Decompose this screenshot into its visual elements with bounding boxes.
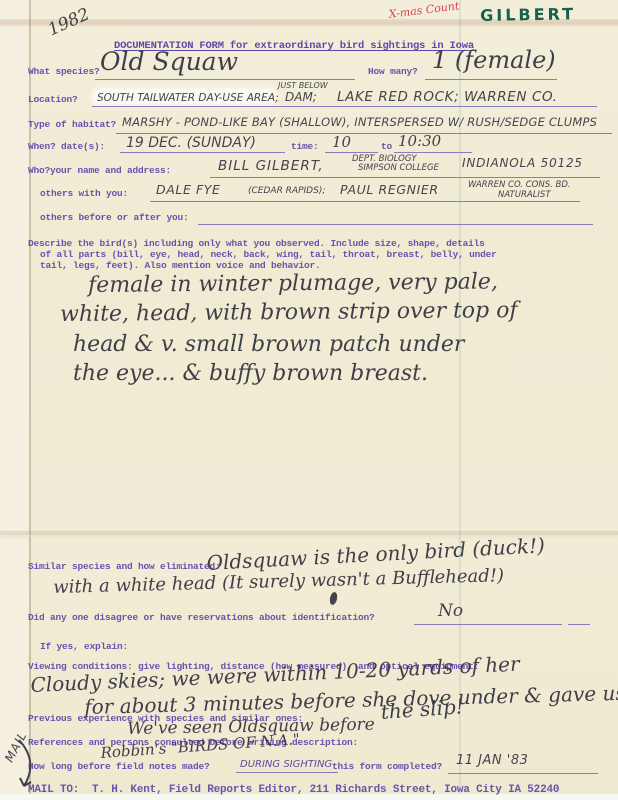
- others-with-person2: PAUL REGNIER: [340, 182, 439, 197]
- time-from-underline: [325, 152, 378, 153]
- time-label: time:: [291, 141, 319, 152]
- others-with-person2-note1: WARREN CO. CONS. BD.: [468, 180, 571, 190]
- form-completed-label: this form completed?: [332, 761, 442, 772]
- others-with-label: others with you:: [40, 188, 128, 199]
- disagree-answer: No: [438, 601, 463, 621]
- time-to-underline: [394, 152, 472, 153]
- date-underline: [120, 152, 285, 153]
- others-with-underline: [150, 201, 580, 202]
- time-from-value: 10: [332, 133, 351, 151]
- species-value: Old Squaw: [100, 47, 238, 76]
- scanned-form-page: 1982 X-mas Count GILBERT DOCUMENTATION F…: [0, 0, 618, 800]
- species-label: What species?: [28, 66, 100, 77]
- observer-label: Who?your name and address:: [28, 165, 171, 176]
- describe-prompt-line2: of all parts (bill, eye, head, neck, bac…: [40, 249, 497, 260]
- form-completed-answer: 11 JAN '83: [456, 753, 528, 768]
- location-value-dam: DAM;: [285, 90, 317, 104]
- disagree-underline-dash: [568, 624, 590, 625]
- description-line2: white, head, with brown strip over top o…: [60, 298, 518, 327]
- form-completed-underline: [448, 773, 598, 774]
- disagree-underline: [414, 624, 562, 625]
- viewing-answer-line3: the slip!: [380, 694, 464, 724]
- location-label: Location?: [28, 94, 78, 105]
- location-insert-above: JUST BELOW: [278, 81, 328, 90]
- others-with-person1-note: (CEDAR RAPIDS);: [248, 186, 325, 196]
- notes-made-label: How long before field notes made?: [28, 761, 210, 772]
- if-yes-label: If yes, explain:: [40, 641, 128, 652]
- observer-underline: [210, 177, 600, 178]
- date-value: 19 DEC. (SUNDAY): [126, 135, 256, 151]
- location-value: SOUTH TAILWATER DAY-USE AREA;: [97, 92, 279, 104]
- time-to-value: 10:30: [398, 132, 441, 150]
- how-many-underline: [425, 79, 557, 80]
- species-underline: [95, 79, 355, 80]
- description-line1: female in winter plumage, very pale,: [88, 269, 498, 298]
- describe-prompt-line1: Describe the bird(s) including only what…: [28, 238, 485, 249]
- how-many-value: 1 (female): [432, 46, 556, 74]
- xmas-count-note: X-mas Count: [388, 0, 460, 21]
- others-with-person2-note2: NATURALIST: [498, 190, 551, 200]
- ink-smudge: [329, 591, 339, 605]
- habitat-value: MARSHY - POND-LIKE BAY (SHALLOW), INTERS…: [122, 115, 597, 129]
- page-left-margin: [0, 0, 29, 800]
- observer-city: INDIANOLA 50125: [462, 156, 583, 170]
- observer-name: BILL GILBERT,: [218, 158, 324, 174]
- gilbert-marker: GILBERT: [480, 4, 576, 25]
- habitat-underline: [116, 133, 612, 134]
- notes-made-underline: [236, 772, 338, 773]
- others-with-person1: DALE FYE: [156, 182, 221, 197]
- mail-to-line: MAIL TO: T. H. Kent, Field Reports Edito…: [28, 784, 559, 796]
- location-underline: [92, 106, 597, 107]
- description-line3: head & v. small brown patch under: [73, 332, 464, 357]
- others-before-label: others before or after you:: [40, 212, 189, 223]
- describe-prompt-line3: tail, legs, feet). Also mention voice an…: [40, 260, 321, 271]
- date-label: When? date(s):: [28, 141, 105, 152]
- to-label: to: [381, 141, 392, 152]
- disagree-label: Did any one disagree or have reservation…: [28, 612, 375, 623]
- how-many-label: How many?: [368, 66, 418, 77]
- notes-made-answer: DURING SIGHTING: [240, 759, 332, 770]
- year-note: 1982: [45, 4, 93, 40]
- description-line4: the eye... & buffy brown breast.: [73, 361, 428, 386]
- mail-arrow-icon: [12, 736, 38, 794]
- similar-label: Similar species and how eliminated:: [28, 561, 221, 572]
- observer-dept-line2: SIMPSON COLLEGE: [358, 163, 439, 173]
- others-before-underline: [198, 224, 593, 225]
- location-value-rest: LAKE RED ROCK; WARREN CO.: [337, 89, 558, 105]
- habitat-label: Type of habitat?: [28, 119, 116, 130]
